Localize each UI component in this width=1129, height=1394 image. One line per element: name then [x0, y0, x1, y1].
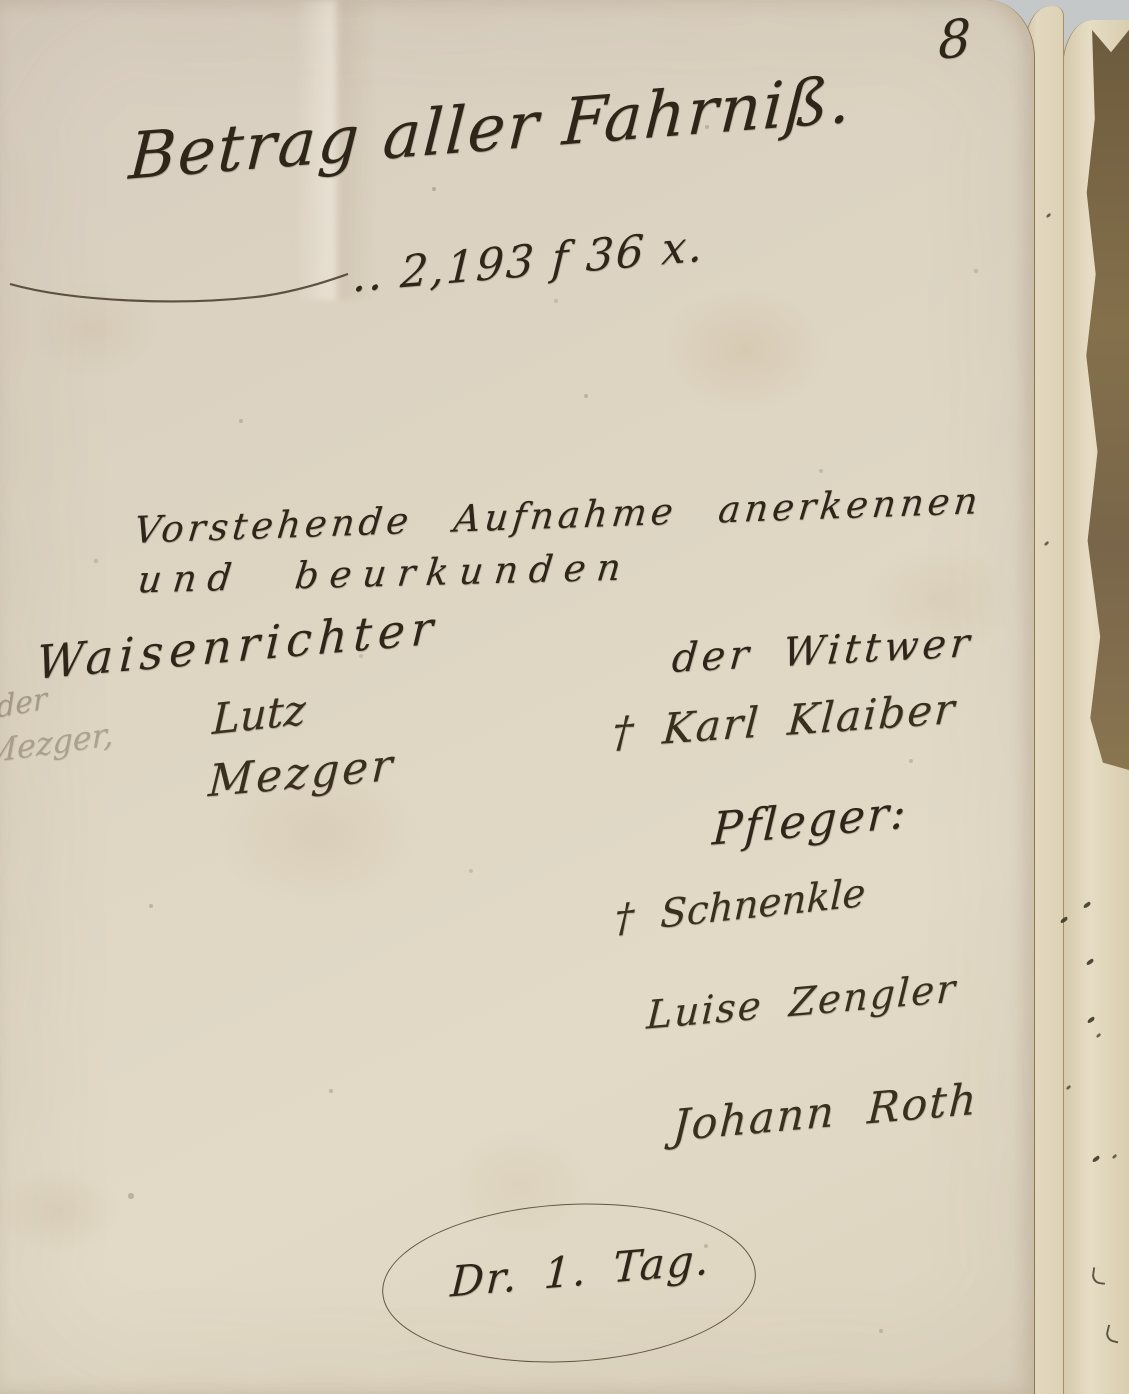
photographed-manuscript: 8 Betrag aller Fahrniß. .. 2,193 f 36 x.…	[0, 0, 1129, 1394]
guardian-signature: Luise Zengler	[645, 966, 958, 1039]
officials-role-label: Waisenrichter	[35, 600, 440, 690]
widower-label: der Wittwer	[670, 620, 975, 682]
total-amount: .. 2,193 f 36 x.	[351, 220, 705, 302]
guardians-label: Pfleger:	[711, 785, 909, 856]
statement-line-2: und beurkunden	[136, 545, 634, 601]
guardian-signature: † Schnenkle	[614, 871, 866, 943]
widower-signature: † Karl Klaiber	[611, 684, 958, 757]
manuscript-paper: 8 Betrag aller Fahrniß. .. 2,193 f 36 x.…	[0, 0, 1035, 1394]
underline-flourish	[4, 268, 354, 312]
statement-line-1: Vorstehende Aufnahme anerkennen	[132, 479, 984, 552]
official-signature: Mezger	[207, 740, 396, 808]
page-number: 8	[938, 8, 971, 72]
guardian-signature: Johann Roth	[671, 1074, 979, 1151]
paper-speckles	[0, 0, 2, 2]
official-signature: Lutz	[211, 685, 306, 744]
document-title: Betrag aller Fahrniß.	[127, 63, 855, 195]
margin-ghost-text: Mezger,	[0, 715, 113, 771]
